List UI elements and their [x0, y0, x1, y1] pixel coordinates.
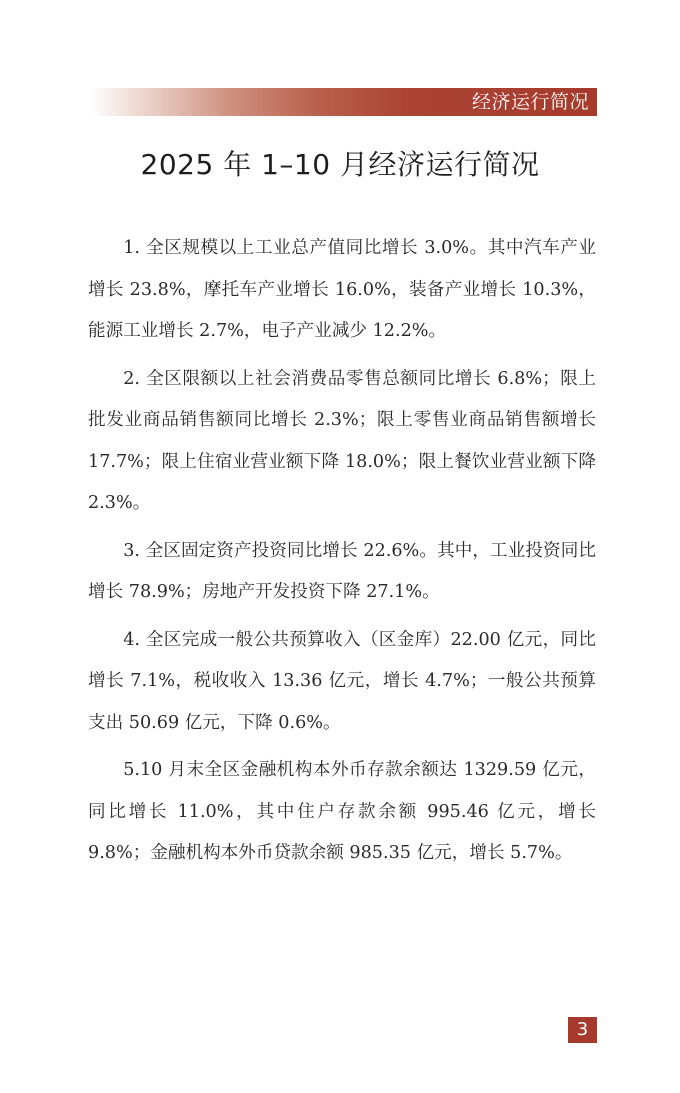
page-number: 3 — [568, 1017, 597, 1043]
paragraph-budget: 4. 全区完成一般公共预算收入（区金库）22.00 亿元，同比增长 7.1%，税… — [88, 620, 596, 745]
section-label: 经济运行简况 — [472, 89, 589, 115]
section-header-band: 经济运行简况 — [90, 88, 597, 116]
paragraph-investment: 3. 全区固定资产投资同比增长 22.6%。其中，工业投资同比增长 78.9%；… — [88, 531, 596, 614]
page-title: 2025 年 1–10 月经济运行简况 — [0, 143, 680, 183]
paragraph-retail: 2. 全区限额以上社会消费品零售总额同比增长 6.8%；限上批发业商品销售额同比… — [88, 359, 596, 525]
paragraph-industry: 1. 全区规模以上工业总产值同比增长 3.0%。其中汽车产业增长 23.8%，摩… — [88, 228, 596, 353]
article-body: 1. 全区规模以上工业总产值同比增长 3.0%。其中汽车产业增长 23.8%，摩… — [88, 228, 596, 881]
paragraph-finance: 5.10 月末全区金融机构本外币存款余额达 1329.59 亿元，同比增长 11… — [88, 750, 596, 875]
